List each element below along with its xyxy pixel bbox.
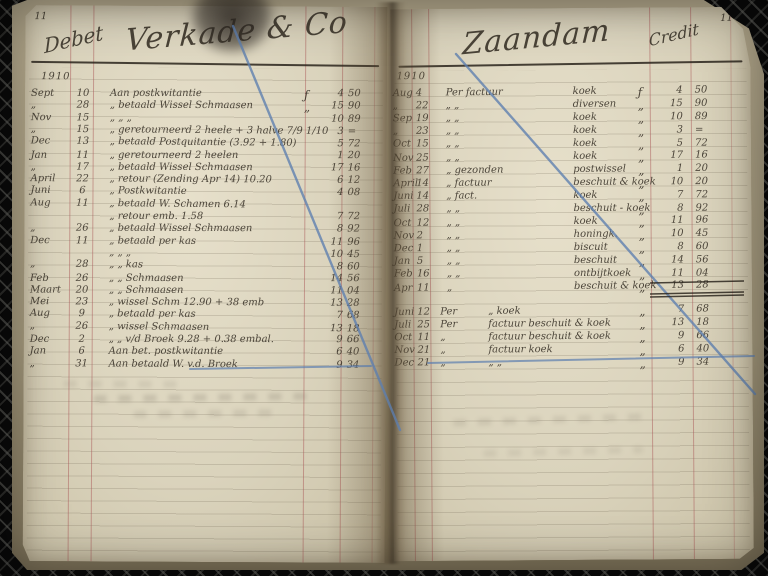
entry-description: „ betaald Wissel Schmaasen [110, 161, 253, 172]
entry-month: Oct [394, 332, 416, 343]
entry-guilders: 6 [317, 175, 344, 186]
entry-item: diversen [573, 99, 617, 110]
entry-description: „ retour emb. 1.58 [109, 211, 203, 222]
entry-day: 5 [417, 256, 431, 267]
entry-cents: 96 [695, 214, 717, 225]
entry-day: 23 [72, 296, 92, 307]
entry-prefix: „ „ [446, 152, 460, 163]
entry-guilders: 13 [653, 317, 684, 328]
entry-guilders: 3 [652, 124, 683, 135]
entry-month: Feb [393, 165, 415, 176]
entry-month: Juni [394, 307, 416, 318]
right-page-heading-credit: Credit [648, 19, 699, 50]
entry-currency: ƒ [638, 85, 652, 99]
entry-cents: 08 [347, 187, 369, 198]
entry-month: Nov [393, 153, 415, 164]
entry-prefix: „ „ [447, 230, 461, 241]
entry-item: koek [573, 138, 597, 149]
entry-currency: „ [638, 98, 652, 112]
entry-description: „ wissel Schm 12.90 + 38 emb [109, 297, 264, 309]
entry-month: Feb [30, 272, 72, 283]
entry-description: „ „ Schmaasen [109, 272, 184, 283]
entry-description: „ „ Schmaasen [109, 284, 184, 295]
entry-day: 11 [72, 235, 92, 246]
entry-prefix: „ „ [446, 126, 460, 137]
entry-month: Juni [30, 185, 72, 196]
entry-cents: 16 [348, 162, 370, 173]
left-year: 1910 [41, 71, 71, 82]
entry-prefix: „ „ [446, 113, 460, 124]
photo-of-ledger-book: 11 Debet Verkade & Co 1910 Sept10Aan pos… [0, 0, 768, 576]
entry-guilders: 9 [653, 330, 684, 341]
entry-day: 25 [417, 319, 431, 330]
entry-month: Juli [394, 319, 416, 330]
ledger-right-page: 11 Zaandam Credit 1910 Aug4Per factuurko… [390, 7, 754, 561]
entry-currency: „ [638, 111, 652, 125]
entry-guilders: 1 [317, 150, 344, 161]
entry-guilders: 10 [652, 176, 683, 187]
entry-description: „ betaald per kas [109, 235, 196, 246]
entry-guilders: 4 [316, 187, 343, 198]
entry-day: 25 [416, 153, 430, 164]
entry-cents: 56 [347, 273, 369, 284]
entry-month: Nov [394, 345, 416, 356]
entry-cents: 60 [347, 262, 369, 273]
entry-month: Juni [393, 191, 415, 202]
entry-cents: 89 [695, 111, 717, 122]
entry-guilders: 4 [317, 88, 344, 99]
entry-currency: „ [638, 125, 652, 139]
entry-day: 15 [416, 138, 430, 149]
entry-guilders: 4 [652, 85, 683, 96]
entry-day: 13 [73, 136, 93, 147]
entry-description: Aan betaald W. v.d. Broek [109, 358, 238, 370]
entry-guilders: 11 [316, 236, 343, 247]
entry-day: 17 [73, 161, 93, 172]
entry-guilders: 8 [652, 203, 683, 214]
left-page-number: 11 [34, 11, 47, 22]
entry-month: Apr [394, 283, 416, 294]
entry-currency: „ [639, 280, 653, 294]
entry-item: factuur koek [488, 344, 552, 355]
entry-prefix: „ [447, 282, 452, 293]
entry-prefix: „ [441, 357, 446, 368]
entry-item: beschuit [574, 255, 617, 266]
bleedthrough-text-ghost [133, 409, 283, 418]
entry-cents: 28 [696, 279, 718, 290]
entry-cents: 90 [348, 101, 370, 112]
entry-cents: 72 [695, 138, 717, 149]
entry-cents: 04 [347, 285, 369, 296]
entry-guilders: 10 [317, 113, 344, 124]
entry-day: 15 [73, 124, 93, 135]
entry-day: 22 [416, 100, 430, 111]
entry-description: „ „ v/d Broek 9.28 + 0.38 embal. [109, 334, 274, 345]
entry-description: „ retour (Zending Apr 14) 10.20 [110, 174, 272, 186]
entry-day: 19 [416, 113, 430, 124]
entry-description: „ geretourneerd 2 heelen [110, 149, 239, 160]
entry-guilders: 13 [316, 298, 343, 309]
entry-cents: 56 [696, 254, 718, 265]
entry-description: „ betaald per kas [109, 309, 196, 321]
entry-description: „ geretourneerd 2 heele + 3 halve 7/9 1/… [110, 124, 329, 137]
entry-guilders: 11 [652, 215, 683, 226]
entry-day: 9 [72, 308, 92, 319]
entry-guilders: 15 [652, 98, 683, 109]
entry-guilders: 6 [653, 343, 684, 354]
entry-month: „ [393, 126, 415, 137]
entry-month: „ [31, 161, 73, 172]
entry-day: 31 [72, 358, 92, 369]
entry-prefix: „ [440, 332, 445, 343]
entry-cents: 50 [348, 88, 370, 99]
entry-item: koek [573, 125, 597, 136]
entry-currency: „ [638, 150, 652, 164]
entry-month: „ [31, 100, 73, 111]
left-page-heading-debet: Debet [43, 20, 103, 58]
entry-day: 6 [72, 185, 92, 196]
entry-day: 21 [417, 345, 431, 356]
entry-cents: = [695, 124, 717, 135]
entry-currency: „ [638, 163, 652, 177]
entry-prefix: „ „ [447, 243, 461, 254]
entry-day: 22 [73, 173, 93, 184]
entry-month: „ [30, 320, 72, 331]
entry-prefix: Per [440, 319, 457, 330]
entry-prefix: „ „ [447, 256, 461, 267]
entry-item: honingk. [574, 229, 618, 240]
ledger-left-page: 11 Debet Verkade & Co 1910 Sept10Aan pos… [23, 5, 388, 563]
entry-month: Aug [30, 308, 72, 319]
entry-day: 14 [416, 178, 430, 189]
entry-month: Mei [30, 296, 72, 307]
entry-month: Jan [394, 256, 416, 267]
entry-cents: 66 [347, 334, 369, 345]
entry-month: „ [393, 100, 415, 111]
entry-guilders: 17 [652, 150, 683, 161]
entry-day: 16 [417, 268, 431, 279]
entry-day: 23 [416, 126, 430, 137]
entry-month: Juli [393, 203, 415, 214]
entry-guilders: 8 [316, 261, 343, 272]
entry-month: Sep [393, 113, 415, 124]
entry-month: Sept [31, 88, 73, 99]
entry-guilders: 10 [653, 228, 684, 239]
entry-day: 28 [416, 203, 430, 214]
entry-item: ontbijtkoek [574, 268, 631, 279]
entry-cents: 72 [695, 189, 717, 200]
entry-prefix: „ „ [446, 203, 460, 214]
entry-day: 11 [73, 149, 93, 160]
entry-description: „ Postkwitantie [109, 186, 186, 198]
entry-guilders: 10 [652, 111, 683, 122]
entry-prefix: „ factuur [446, 178, 491, 189]
entry-cents: 20 [348, 150, 370, 161]
entry-month: Dec [395, 357, 417, 368]
entry-day: 27 [416, 165, 430, 176]
entry-item: factuur beschuit & koek [488, 318, 611, 330]
entry-day: 28 [72, 259, 92, 270]
entry-cents: 72 [348, 139, 370, 150]
entry-guilders: 7 [316, 211, 343, 222]
entry-month: Dec [30, 235, 72, 246]
entry-prefix: „ „ [447, 268, 461, 279]
entry-cents: 16 [695, 149, 717, 160]
entry-day: 2 [417, 230, 431, 241]
entry-month: Oct [393, 138, 415, 149]
entry-cents: 92 [695, 203, 717, 214]
entry-prefix: Per [440, 306, 457, 317]
entry-cents: 18 [347, 323, 369, 334]
entry-cents: = [348, 126, 370, 137]
entry-item: koek [573, 112, 597, 123]
entry-cents: 68 [347, 310, 369, 321]
entry-prefix: Per factuur [446, 87, 503, 99]
entry-cents: 89 [348, 113, 370, 124]
entry-item: postwissel [573, 164, 626, 175]
entry-prefix: „ „ [446, 100, 460, 111]
entry-day: 12 [417, 307, 431, 318]
ledger-row: Dec21„„ „„934 [393, 356, 753, 370]
entry-day: 20 [72, 284, 92, 295]
entry-day: 2 [72, 334, 92, 345]
entry-month: Dec [394, 243, 416, 254]
entry-guilders: 5 [652, 138, 683, 149]
entry-cents: 50 [695, 84, 717, 95]
entry-description: „ betaald Postquitantie (3.92 + 1.80) [110, 136, 297, 149]
ledger-row: Apr11„beschuit & koek„1328 [392, 279, 752, 296]
entry-description: „ „ kas [109, 259, 143, 270]
entry-month: Jan [30, 346, 72, 357]
entry-guilders: 11 [316, 285, 343, 296]
entry-cents: 34 [347, 359, 369, 370]
entry-month: „ [30, 259, 72, 270]
entry-item: „ „ [489, 357, 503, 368]
entry-month: Nov [394, 230, 416, 241]
entry-currency: „ [640, 357, 654, 371]
entry-day: 26 [72, 223, 92, 234]
entry-description: „ „ „ [109, 247, 131, 258]
entry-guilders: 10 [316, 249, 343, 260]
entry-day: 28 [73, 100, 93, 111]
entry-month: Aug [393, 88, 415, 99]
entry-day: 11 [72, 197, 92, 208]
entry-cents: 12 [348, 175, 370, 186]
entry-cents: 45 [347, 249, 369, 260]
entry-cents: 60 [696, 241, 718, 252]
entry-currency: „ [639, 228, 653, 242]
entry-item: factuur beschuit & koek [488, 331, 611, 343]
entry-cents: 20 [695, 163, 717, 174]
entry-month: April [393, 178, 415, 189]
entry-guilders: 13 [316, 323, 343, 334]
entry-day: 1 [417, 243, 431, 254]
entry-month: Feb [394, 268, 416, 279]
entry-prefix: „ „ [447, 217, 461, 228]
entry-description: „ betaald W. Schamen 6.14 [109, 198, 246, 210]
entry-month: „ [30, 358, 72, 369]
entry-guilders: 9 [316, 334, 343, 345]
entry-month: „ [31, 124, 73, 135]
entry-day: 14 [416, 191, 430, 202]
entry-guilders: 8 [316, 224, 343, 235]
entry-cents: 40 [347, 347, 369, 358]
entry-guilders: 14 [316, 273, 343, 284]
ledger-row: „31Aan betaald W. v.d. Broek934 [24, 358, 386, 373]
entry-guilders: 15 [317, 101, 344, 112]
entry-month: Nov [31, 112, 73, 123]
entry-cents: 40 [696, 343, 718, 354]
right-year: 1910 [397, 71, 427, 82]
entry-guilders: 11 [653, 268, 684, 279]
entry-currency: „ [638, 190, 652, 204]
entry-cents: 92 [347, 224, 369, 235]
entry-guilders: 7 [316, 310, 343, 321]
bleedthrough-text-ghost [483, 446, 643, 457]
entry-month: April [31, 173, 73, 184]
entry-description: „ betaald Wissel Schmaasen [109, 223, 252, 234]
entry-item: koek [573, 190, 597, 201]
entry-cents: 72 [347, 211, 369, 222]
entry-day: 26 [72, 272, 92, 283]
entry-day: 11 [417, 283, 431, 294]
entry-description: Aan bet. postkwitantie [109, 346, 223, 357]
entry-guilders: 1 [652, 163, 683, 174]
entry-month: „ [30, 223, 72, 234]
entry-guilders: 3 [317, 126, 344, 137]
entry-cents: 45 [696, 228, 718, 239]
entry-cents: 20 [695, 176, 717, 187]
entry-guilders: 6 [316, 347, 343, 358]
entry-item: koek [573, 86, 597, 97]
entry-guilders: 9 [316, 359, 343, 370]
entry-day: 26 [72, 320, 92, 331]
entry-item: biscuit [574, 242, 608, 253]
entry-guilders: 7 [652, 189, 683, 200]
entry-day: 11 [417, 332, 431, 343]
entry-day: 10 [73, 88, 93, 99]
entry-cents: 96 [347, 236, 369, 247]
entry-currency: „ [639, 317, 653, 331]
entry-cents: 18 [696, 317, 718, 328]
entry-month: Aug [30, 197, 72, 208]
entry-month: Oct [394, 218, 416, 229]
bleedthrough-text-ghost [453, 413, 653, 427]
entry-guilders: 7 [653, 304, 684, 315]
entry-currency: „ [638, 176, 652, 190]
entry-prefix: „ fact. [446, 190, 477, 201]
entry-cents: 90 [695, 98, 717, 109]
entry-currency: „ [639, 344, 653, 358]
entry-item: koek [573, 151, 597, 162]
entry-description: „ „ „ [110, 112, 132, 123]
entry-day: 12 [417, 218, 431, 229]
entry-currency: „ [639, 304, 653, 318]
right-page-number: 11 [720, 13, 733, 24]
entry-day: 6 [72, 346, 92, 357]
entry-description: „ wissel Schmaasen [109, 321, 210, 333]
entry-month: Jan [31, 149, 73, 160]
entry-cents: 34 [697, 357, 719, 368]
entry-month: Dec [31, 136, 73, 147]
entry-month: Dec [30, 334, 72, 345]
entry-guilders: 5 [317, 138, 344, 149]
entry-cents: 66 [696, 330, 718, 341]
entry-month: Maart [30, 284, 72, 295]
entry-guilders: 14 [653, 254, 684, 265]
entry-prefix: „ [440, 345, 445, 356]
entry-day: 21 [418, 357, 432, 368]
entry-cents: 04 [696, 268, 718, 279]
entry-prefix: „ gezonden [446, 165, 503, 177]
bleedthrough-text-ghost [93, 393, 313, 403]
right-page-title: Zaandam [462, 13, 611, 62]
header-rule [31, 61, 379, 67]
entry-item: koek [573, 216, 597, 227]
entry-guilders: 8 [653, 241, 684, 252]
entry-day: 4 [416, 88, 430, 99]
entry-currency: „ [639, 330, 653, 344]
entry-currency: „ [639, 241, 653, 255]
entry-item: „ koek [488, 306, 521, 317]
entry-description: „ betaald Wissel Schmaasen [110, 100, 253, 111]
entry-description: Aan postkwitantie [110, 88, 202, 99]
entry-cents: 68 [696, 303, 718, 314]
entry-guilders: 9 [654, 357, 685, 368]
entry-cents: 28 [347, 298, 369, 309]
entry-guilders: 17 [317, 162, 344, 173]
entry-currency: „ [638, 215, 652, 229]
entry-prefix: „ „ [446, 138, 460, 149]
entry-currency: „ [639, 255, 653, 269]
bleedthrough-text-ghost [63, 380, 183, 388]
entry-guilders: 13 [653, 280, 684, 291]
entry-day: 15 [73, 112, 93, 123]
